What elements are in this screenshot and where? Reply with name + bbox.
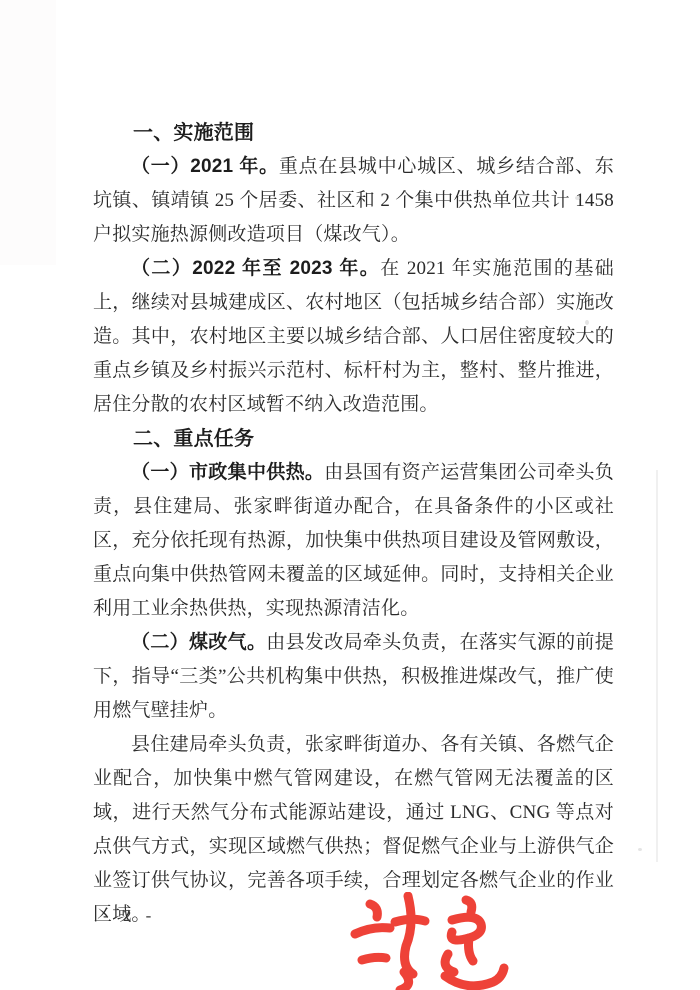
scan-speck	[575, 196, 580, 200]
page-number: - 2 -	[103, 906, 156, 926]
para-scope-2022-2023: （二）2022 年至 2023 年。在 2021 年实施范围的基础上，继续对县城…	[93, 252, 614, 422]
para-scope-2022-2023-lead: （二）2022 年至 2023 年。	[131, 258, 380, 279]
document-body: 一、实施范围 （一）2021 年。重点在县城中心城区、城乡结合部、东坑镇、镇靖镇…	[93, 116, 614, 932]
para-coal-to-gas: （二）煤改气。由县发改局牵头负责，在落实气源的前提下，指导“三类”公共机构集中供…	[93, 626, 614, 728]
section-2-heading: 二、重点任务	[93, 422, 614, 456]
scan-fold-line	[656, 470, 658, 862]
document-page: 一、实施范围 （一）2021 年。重点在县城中心城区、城乡结合部、东坑镇、镇靖镇…	[0, 0, 700, 990]
section-1-heading: 一、实施范围	[93, 116, 614, 150]
para-central-heating: （一）市政集中供热。由县国有资产运营集团公司牵头负责，县住建局、张家畔街道办配合…	[93, 456, 614, 626]
red-calligraphy-watermark	[348, 892, 513, 990]
para-scope-2021: （一）2021 年。重点在县城中心城区、城乡结合部、东坑镇、镇靖镇 25 个居委…	[93, 150, 614, 252]
calligraphy-strokes-icon	[348, 892, 513, 990]
para-central-heating-text: 由县国有资产运营集团公司牵头负责，县住建局、张家畔街道办配合，在具备条件的小区或…	[93, 462, 614, 619]
para-central-heating-lead: （一）市政集中供热。	[131, 462, 324, 483]
para-scope-2021-lead: （一）2021 年。	[131, 156, 279, 177]
scan-speck	[585, 320, 589, 325]
scan-speck	[638, 848, 642, 851]
scan-tint-artifact	[0, 0, 56, 265]
para-coal-to-gas-lead: （二）煤改气。	[131, 632, 266, 653]
para-scope-2022-2023-text: 在 2021 年实施范围的基础上，继续对县城建成区、农村地区（包括城乡结合部）实…	[93, 258, 614, 415]
scan-speck	[608, 672, 612, 676]
